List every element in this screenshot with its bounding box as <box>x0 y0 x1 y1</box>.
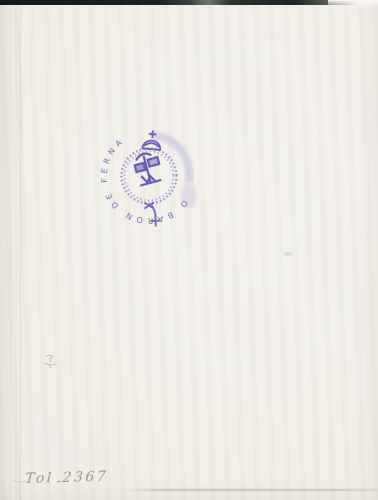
page-corner-highlight <box>328 0 378 8</box>
ink-stamp: O BARON DE FERNA <box>90 117 208 237</box>
pencil-inscription: Tol-2367 <box>24 469 109 490</box>
scanned-page: O BARON DE FERNA <box>0 0 378 500</box>
faint-pencil-mark <box>40 352 62 370</box>
paper-crease-shadow <box>20 5 21 500</box>
paper-crease-light <box>13 5 14 500</box>
inscription-number: 2367 <box>62 469 109 486</box>
page-bottom-edge <box>126 489 378 491</box>
stamp-monogram <box>132 151 163 186</box>
inscription-prefix: Tol <box>25 470 55 487</box>
paper-speck <box>284 252 292 256</box>
scanner-dark-edge <box>0 0 378 5</box>
